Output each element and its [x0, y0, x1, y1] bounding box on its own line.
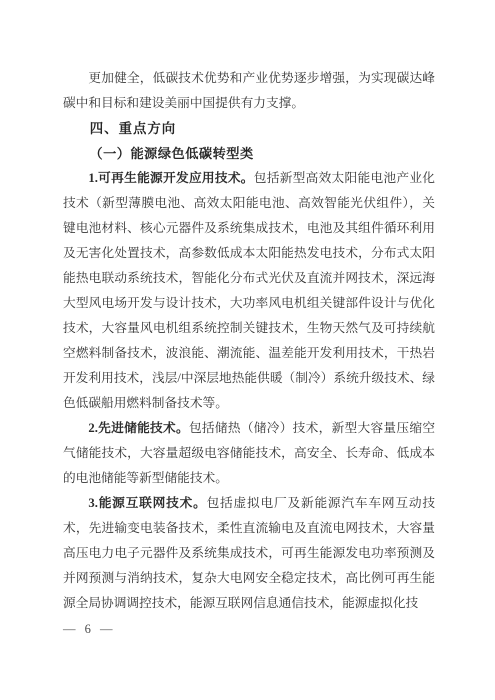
- tech-item-3-title: 3.能源互联网技术。: [88, 496, 206, 510]
- tech-item-1-body: 包括新型高效太阳能电池产业化技术（新型薄膜电池、高效太阳能电池、高效智能光伏组件…: [63, 171, 435, 410]
- tech-item-renewable-energy: 1.可再生能源开发应用技术。包括新型高效太阳能电池产业化技术（新型薄膜电池、高效…: [63, 166, 435, 416]
- section-heading: 四、重点方向: [63, 116, 435, 141]
- page-number: — 6 —: [63, 620, 116, 638]
- tech-item-1-title: 1.可再生能源开发应用技术。: [88, 171, 253, 185]
- tech-item-energy-internet: 3.能源互联网技术。包括虚拟电厂及新能源汽车车网互动技术，先进输变电装备技术，柔…: [63, 491, 435, 616]
- tech-item-2-title: 2.先进储能技术。: [88, 421, 189, 435]
- document-page: 更加健全，低碳技术优势和产业优势逐步增强，为实现碳达峰碳中和目标和建设美丽中国提…: [0, 0, 495, 700]
- tech-item-energy-storage: 2.先进储能技术。包括储热（储冷）技术，新型大容量压缩空气储能技术，大容量超级电…: [63, 416, 435, 491]
- tech-item-3-body: 包括虚拟电厂及新能源汽车车网互动技术，先进输变电装备技术，柔性直流输电及直流电网…: [63, 496, 435, 610]
- subsection-heading: （一）能源绿色低碳转型类: [63, 141, 435, 166]
- document-body: 更加健全，低碳技术优势和产业优势逐步增强，为实现碳达峰碳中和目标和建设美丽中国提…: [63, 66, 435, 616]
- paragraph-continuation: 更加健全，低碳技术优势和产业优势逐步增强，为实现碳达峰碳中和目标和建设美丽中国提…: [63, 66, 435, 116]
